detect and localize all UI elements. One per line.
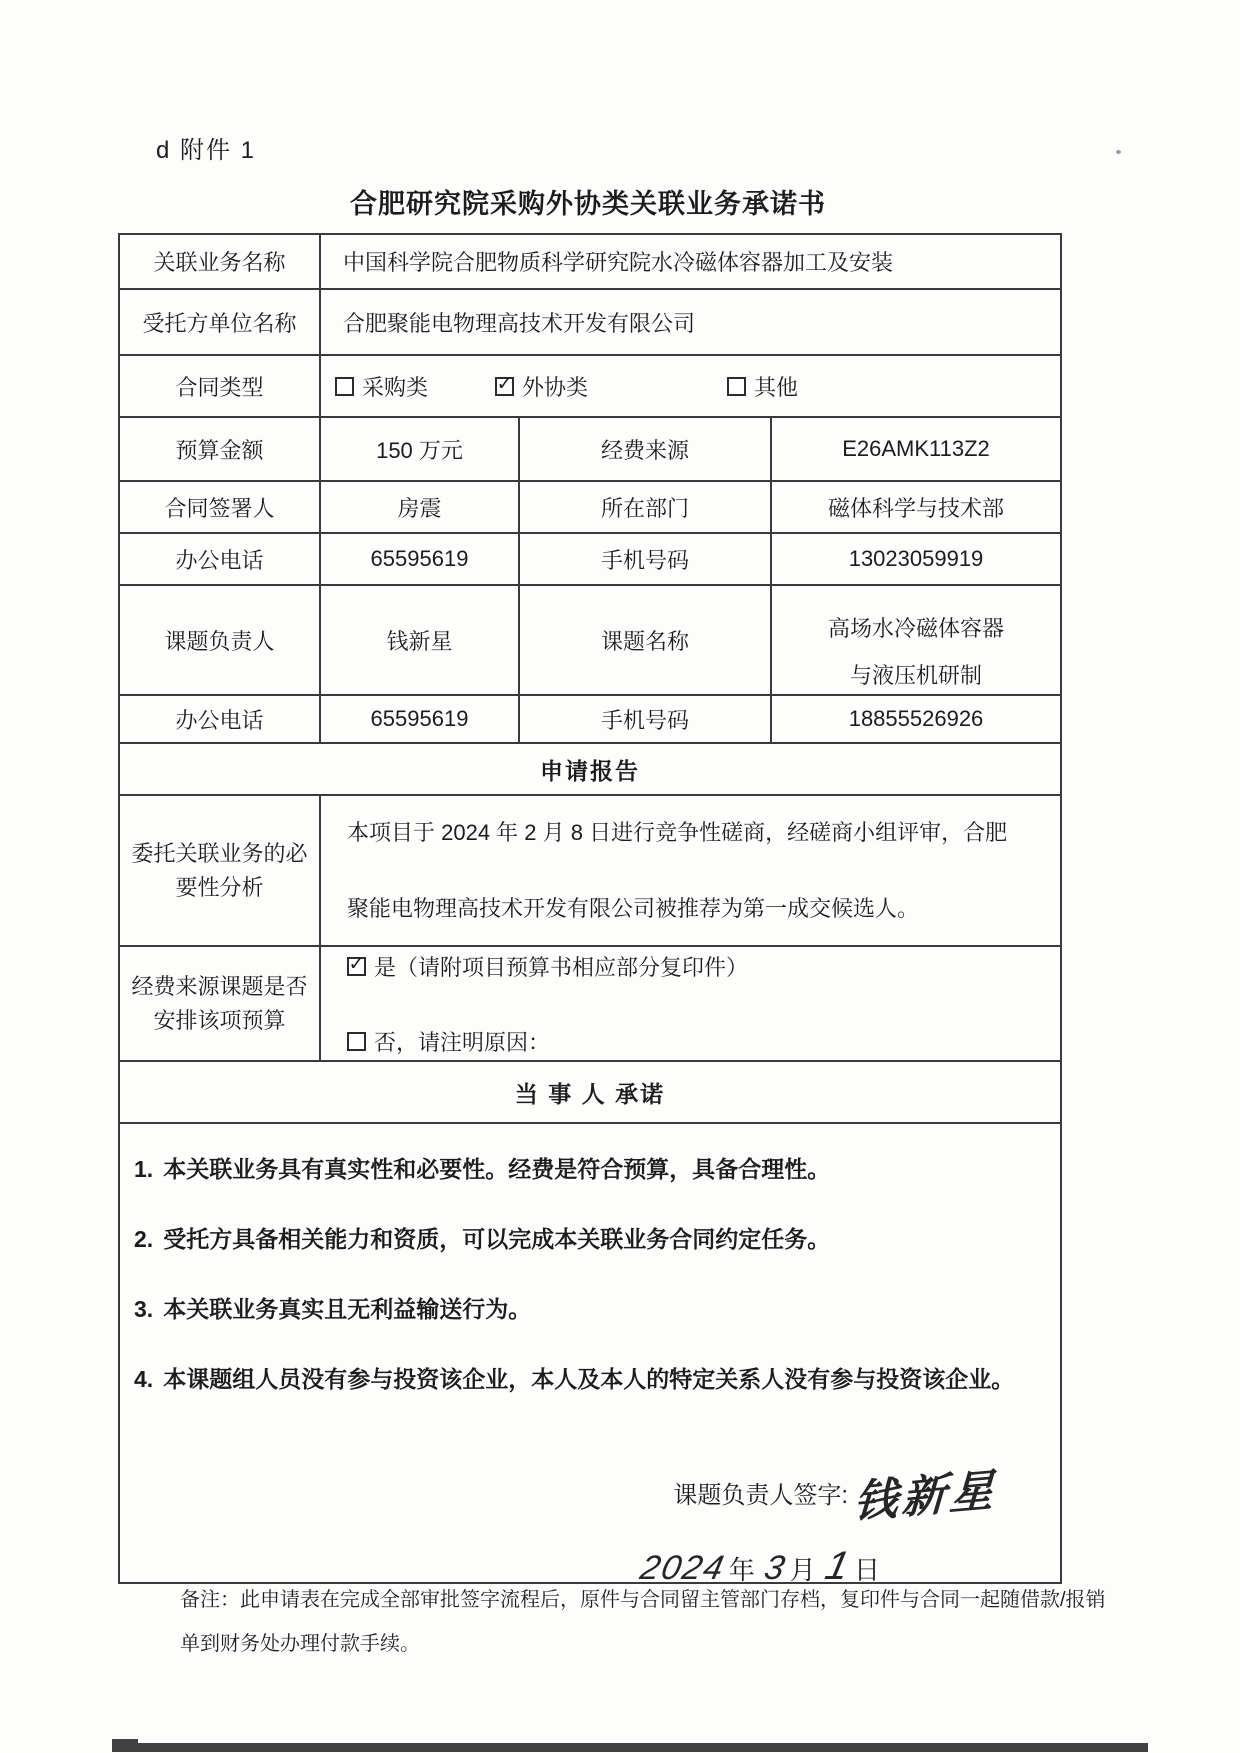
checkbox-unchecked-icon (727, 377, 746, 396)
project-name-line2: 与液压机研制 (850, 659, 982, 690)
necessity-text-line2: 聚能电物理高技术开发有限公司被推荐为第一成交候选人。 (347, 894, 919, 924)
budget-arranged-label-line2: 安排该项预算 (153, 1004, 285, 1038)
leader-label: 课题负责人 (120, 586, 321, 694)
checkbox-unchecked-icon (347, 1032, 366, 1051)
row-signer: 合同签署人 房震 所在部门 磁体科学与技术部 (120, 482, 1060, 534)
footnote: 备注：此申请表在完成全部审批签字流程后，原件与合同留主管部门存档，复印件与合同一… (180, 1578, 1140, 1666)
yes-option-label: 是（请附项目预算书相应部分复印件） (374, 951, 748, 982)
signer-label: 合同签署人 (120, 482, 321, 532)
footnote-line2: 单到财务处办理付款手续。 (180, 1622, 1140, 1666)
row-business-name: 关联业务名称 中国科学院合肥物质科学研究院水冷磁体容器加工及安装 (120, 235, 1060, 290)
trustee-name-value: 合肥聚能电物理高技术开发有限公司 (321, 290, 1060, 354)
budget-label: 预算金额 (120, 418, 321, 480)
no-option-label: 否，请注明原因： (374, 1026, 550, 1057)
no-option: 否，请注明原因： (347, 1026, 550, 1057)
office-phone2-value: 65595619 (321, 696, 520, 742)
scan-speck (1116, 150, 1121, 154)
row-contract-type: 合同类型 采购类 ✓ 外协类 其他 (120, 356, 1060, 418)
mobile2-value: 18855526926 (772, 696, 1060, 742)
funding-source-label: 经费来源 (520, 418, 772, 480)
commitment-item-1: 1. 本关联业务具有真实性和必要性。经费是符合预算，具备合理性。 (134, 1154, 830, 1184)
necessity-label-line1: 委托关联业务的必 (131, 837, 307, 871)
signer-value: 房震 (321, 482, 520, 532)
leader-value: 钱新星 (321, 586, 520, 694)
commitment-item-2: 2. 受托方具备相关能力和资质，可以完成本关联业务合同约定任务。 (134, 1224, 830, 1254)
mobile-label: 手机号码 (520, 534, 772, 584)
commitment-item-4: 4. 本课题组人员没有参与投资该企业，本人及本人的特定关系人没有参与投资该企业。 (134, 1364, 1014, 1394)
option-other: 其他 (727, 371, 798, 402)
row-party-commitment-header: 当 事 人 承诺 (120, 1062, 1060, 1124)
row-commitments: 1. 本关联业务具有真实性和必要性。经费是符合预算，具备合理性。 2. 受托方具… (120, 1124, 1060, 1582)
option-purchase: 采购类 (335, 371, 428, 402)
row-phone-2: 办公电话 65595619 手机号码 18855526926 (120, 696, 1060, 744)
necessity-label-line2: 要性分析 (175, 871, 263, 905)
department-value: 磁体科学与技术部 (772, 482, 1060, 532)
necessity-text: 本项目于 2024 年 2 月 8 日进行竞争性磋商，经磋商小组评审，合肥 聚能… (321, 796, 1060, 945)
scan-edge-bar (112, 1743, 1148, 1752)
department-label: 所在部门 (520, 482, 772, 532)
budget-arranged-label: 经费来源课题是否 安排该项预算 (120, 947, 321, 1060)
option-outsourcing-label: 外协类 (522, 371, 588, 402)
scan-edge-notch (112, 1739, 138, 1752)
application-report-header: 申请报告 (120, 744, 1060, 794)
yes-option: ✓ 是（请附项目预算书相应部分复印件） (347, 951, 748, 982)
commitments-body: 1. 本关联业务具有真实性和必要性。经费是符合预算，具备合理性。 2. 受托方具… (120, 1124, 1060, 1582)
budget-arranged-label-line1: 经费来源课题是否 (131, 970, 307, 1004)
row-budget-arranged: 经费来源课题是否 安排该项预算 ✓ 是（请附项目预算书相应部分复印件） 否，请注… (120, 947, 1060, 1062)
attachment-label: d 附件 1 (156, 130, 256, 165)
row-phone-1: 办公电话 65595619 手机号码 13023059919 (120, 534, 1060, 586)
contract-type-label: 合同类型 (120, 356, 321, 416)
signature-label: 课题负责人签字: (673, 1475, 848, 1510)
office-phone-value: 65595619 (321, 534, 520, 584)
project-name-value: 高场水冷磁体容器 与液压机研制 (772, 586, 1060, 694)
mobile-value: 13023059919 (772, 534, 1060, 584)
commitment-form-table: 关联业务名称 中国科学院合肥物质科学研究院水冷磁体容器加工及安装 受托方单位名称… (118, 233, 1062, 1584)
signature-handwriting: 钱新星 (853, 1453, 1000, 1530)
row-budget: 预算金额 150 万元 经费来源 E26AMK113Z2 (120, 418, 1060, 482)
business-name-value: 中国科学院合肥物质科学研究院水冷磁体容器加工及安装 (321, 235, 1060, 288)
checkbox-checked-icon: ✓ (347, 957, 366, 976)
option-other-label: 其他 (754, 371, 798, 402)
commitment-item-3: 3. 本关联业务真实且无利益输送行为。 (134, 1294, 531, 1324)
project-name-label: 课题名称 (520, 586, 772, 694)
page-title: 合肥研究院采购外协类关联业务承诺书 (118, 182, 1058, 221)
row-project-leader: 课题负责人 钱新星 课题名称 高场水冷磁体容器 与液压机研制 (120, 586, 1060, 696)
mobile2-label: 手机号码 (520, 696, 772, 742)
row-application-report: 申请报告 (120, 744, 1060, 796)
checkbox-unchecked-icon (335, 377, 354, 396)
budget-arranged-options: ✓ 是（请附项目预算书相应部分复印件） 否，请注明原因： (321, 947, 1060, 1060)
footnote-line1: 备注：此申请表在完成全部审批签字流程后，原件与合同留主管部门存档，复印件与合同一… (180, 1578, 1140, 1622)
necessity-label: 委托关联业务的必 要性分析 (120, 796, 321, 945)
trustee-name-label: 受托方单位名称 (120, 290, 321, 354)
signature-line: 课题负责人签字: 钱新星 (673, 1460, 998, 1524)
row-necessity: 委托关联业务的必 要性分析 本项目于 2024 年 2 月 8 日进行竞争性磋商… (120, 796, 1060, 947)
necessity-text-line1: 本项目于 2024 年 2 月 8 日进行竞争性磋商，经磋商小组评审，合肥 (347, 818, 1007, 848)
option-purchase-label: 采购类 (362, 371, 428, 402)
contract-type-options: 采购类 ✓ 外协类 其他 (321, 356, 1060, 416)
business-name-label: 关联业务名称 (120, 235, 321, 288)
checkbox-checked-icon: ✓ (495, 377, 514, 396)
office-phone-label: 办公电话 (120, 534, 321, 584)
funding-source-value: E26AMK113Z2 (772, 418, 1060, 480)
row-trustee-name: 受托方单位名称 合肥聚能电物理高技术开发有限公司 (120, 290, 1060, 356)
option-outsourcing: ✓ 外协类 (495, 371, 588, 402)
party-commitment-header: 当 事 人 承诺 (120, 1062, 1060, 1122)
office-phone2-label: 办公电话 (120, 696, 321, 742)
budget-value: 150 万元 (321, 418, 520, 480)
project-name-line1: 高场水冷磁体容器 (828, 612, 1004, 643)
